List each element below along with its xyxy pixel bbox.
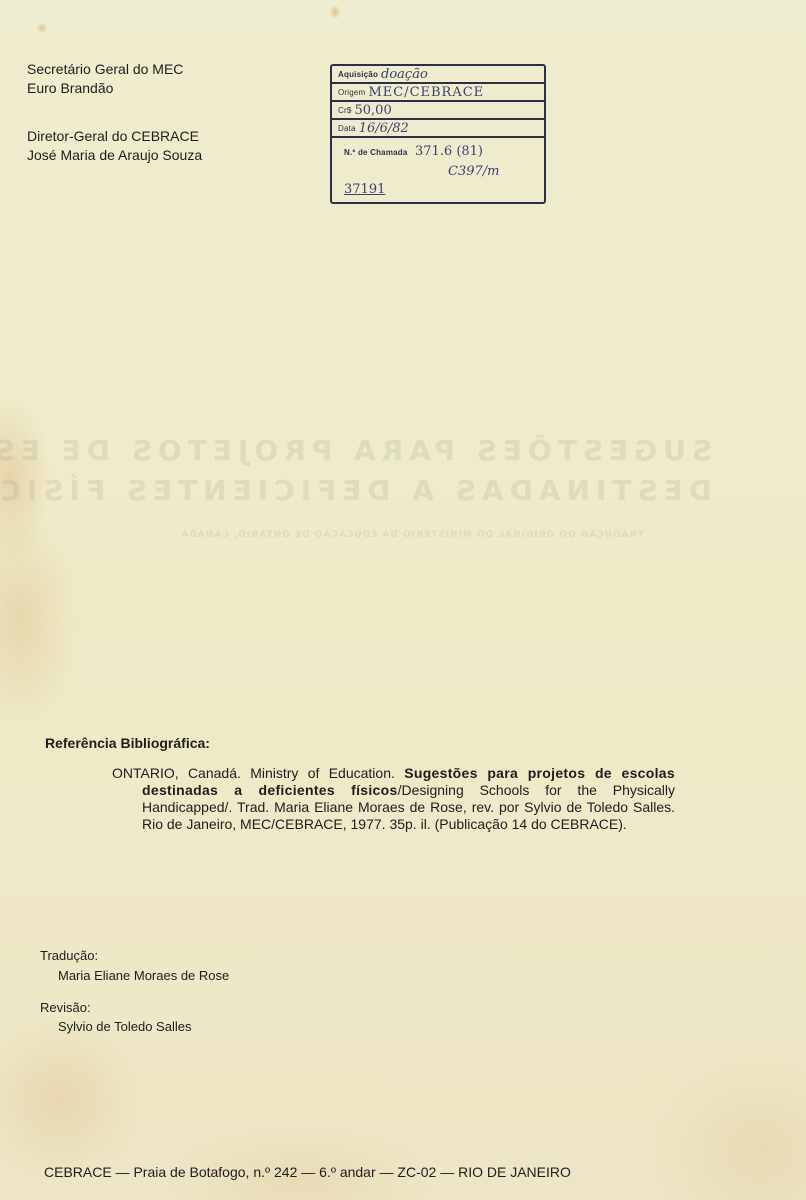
stamp-value: doação bbox=[381, 67, 428, 82]
stamp-row-call-number: N.º de Chamada 371.6 (81) C397/m 37191 bbox=[332, 138, 544, 198]
credit-name: José Maria de Araujo Souza bbox=[27, 146, 202, 165]
stamp-label: Cr$ bbox=[338, 106, 352, 115]
stamp-value: MEC/CEBRACE bbox=[368, 85, 484, 100]
reference-heading: Referência Bibliográfica: bbox=[45, 735, 210, 751]
revision-label: Revisão: bbox=[40, 999, 91, 1016]
credit-secretary: Secretário Geral do MEC Euro Brandão bbox=[27, 60, 183, 98]
translation-label: Tradução: bbox=[40, 947, 98, 964]
reference-body: ONTARIO, Canadá. Ministry of Education. … bbox=[112, 765, 675, 833]
stamp-value: 50,00 bbox=[355, 103, 392, 118]
stamp-value: 371.6 (81) bbox=[415, 144, 483, 159]
credit-role: Diretor-Geral do CEBRACE bbox=[27, 127, 202, 146]
stamp-row-date: Data 16/6/82 bbox=[332, 120, 544, 138]
stamp-cutter: C397/m bbox=[448, 164, 499, 179]
stamp-label: Origem bbox=[338, 88, 365, 97]
stamp-value: 16/6/82 bbox=[359, 121, 409, 136]
credit-name: Euro Brandão bbox=[27, 79, 183, 98]
stamp-row-price: Cr$ 50,00 bbox=[332, 102, 544, 120]
stamp-row-acquisition: Aquisição doação bbox=[332, 66, 544, 84]
publisher-address: CEBRACE — Praia de Botafogo, n.º 242 — 6… bbox=[44, 1164, 571, 1180]
reference-prefix: ONTARIO, Canadá. Ministry of Education. bbox=[112, 765, 404, 781]
stamp-row-origin: Origem MEC/CEBRACE bbox=[332, 84, 544, 102]
stamp-label: N.º de Chamada bbox=[344, 148, 408, 157]
stamp-label: Aquisição bbox=[338, 70, 378, 79]
credit-role: Secretário Geral do MEC bbox=[27, 60, 183, 79]
revision-name: Sylvio de Toledo Salles bbox=[58, 1018, 191, 1035]
translation-name: Maria Eliane Moraes de Rose bbox=[58, 967, 229, 984]
bleed-through-title-1: SUGESTÕES PARA PROJETOS DE ESCOLAS bbox=[112, 434, 712, 467]
stamp-accession: 37191 bbox=[344, 182, 385, 197]
credit-director: Diretor-Geral do CEBRACE José Maria de A… bbox=[27, 127, 202, 165]
library-stamp: Aquisição doação Origem MEC/CEBRACE Cr$ … bbox=[330, 64, 546, 204]
bleed-through-subtitle: TRADUÇÃO DO ORIGINAL DO MINISTÉRIO DA ED… bbox=[112, 530, 712, 540]
stamp-label: Data bbox=[338, 124, 356, 133]
bleed-through-title-2: DESTINADAS A DEFICIENTES FÍSICOS bbox=[112, 474, 712, 507]
